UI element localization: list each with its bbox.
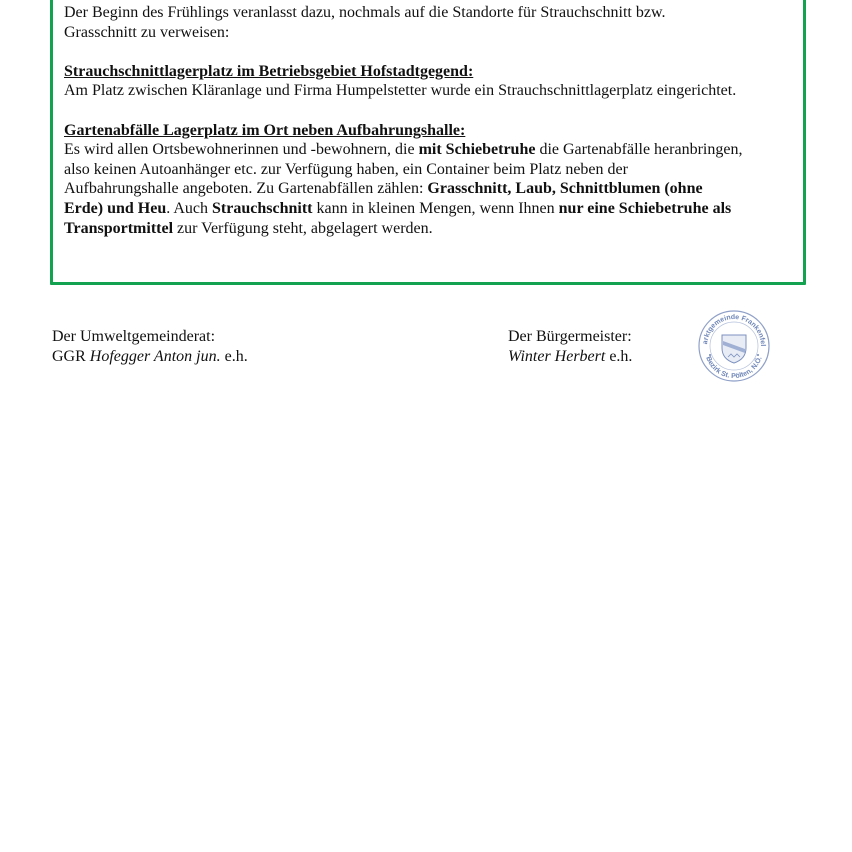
body-text: Aufbahrungshalle angeboten. Zu Gartenabf…: [64, 180, 427, 197]
section-heading-hofstadtgegend: Strauchschnittlagerplatz im Betriebsgebi…: [64, 63, 473, 80]
emphasis-text: Transportmittel: [64, 220, 173, 237]
emphasis-text: Erde) und Heu: [64, 200, 166, 217]
signature-name: Winter Herbert: [508, 348, 605, 365]
signature-suffix: e.h.: [605, 348, 632, 365]
municipal-stamp: Marktgemeinde Frankenfels Bezirk St. Pöl…: [697, 309, 771, 383]
intro-line-1: Der Beginn des Frühlings veranlasst dazu…: [64, 4, 665, 21]
signature-title: Der Bürgermeister:: [508, 328, 632, 345]
intro-paragraph: Der Beginn des Frühlings veranlasst dazu…: [64, 3, 799, 42]
body-text: zur Verfügung steht, abgelagert werden.: [173, 220, 433, 237]
signature-buergermeister: Der Bürgermeister: Winter Herbert e.h.: [508, 327, 632, 367]
coat-of-arms-shield-icon: [722, 335, 746, 363]
body-text: . Auch: [166, 200, 212, 217]
body-text: die Gartenabfälle heranbringen,: [535, 141, 742, 158]
emphasis-text: Strauchschnitt: [212, 200, 312, 217]
emphasis-text: mit Schiebetruhe: [419, 141, 536, 158]
signature-umweltgemeinderat: Der Umweltgemeinderat: GGR Hofegger Anto…: [52, 327, 248, 367]
signature-name: Hofegger Anton jun.: [90, 348, 221, 365]
section-body-hofstadtgegend: Am Platz zwischen Kläranlage und Firma H…: [64, 82, 736, 99]
section-hofstadtgegend: Strauchschnittlagerplatz im Betriebsgebi…: [64, 62, 799, 101]
section-heading-aufbahrungshalle: Gartenabfälle Lagerplatz im Ort neben Au…: [64, 122, 465, 139]
signature-title: Der Umweltgemeinderat:: [52, 328, 215, 345]
emphasis-text: Grasschnitt, Laub, Schnittblumen (ohne: [427, 180, 702, 197]
signature-prefix: GGR: [52, 348, 90, 365]
emphasis-text: nur eine Schiebetruhe als: [559, 200, 732, 217]
body-text: kann in kleinen Mengen, wenn Ihnen: [312, 200, 558, 217]
body-text: Es wird allen Ortsbewohnerinnen und -bew…: [64, 141, 419, 158]
section-aufbahrungshalle: Gartenabfälle Lagerplatz im Ort neben Au…: [64, 121, 799, 239]
signature-suffix: e.h.: [221, 348, 248, 365]
intro-line-2: Grasschnitt zu verweisen:: [64, 24, 229, 41]
stamp-seal-icon: Marktgemeinde Frankenfels Bezirk St. Pöl…: [697, 309, 771, 383]
notice-content: Der Beginn des Frühlings veranlasst dazu…: [64, 3, 799, 238]
body-text: also keinen Autoanhänger etc. zur Verfüg…: [64, 161, 628, 178]
